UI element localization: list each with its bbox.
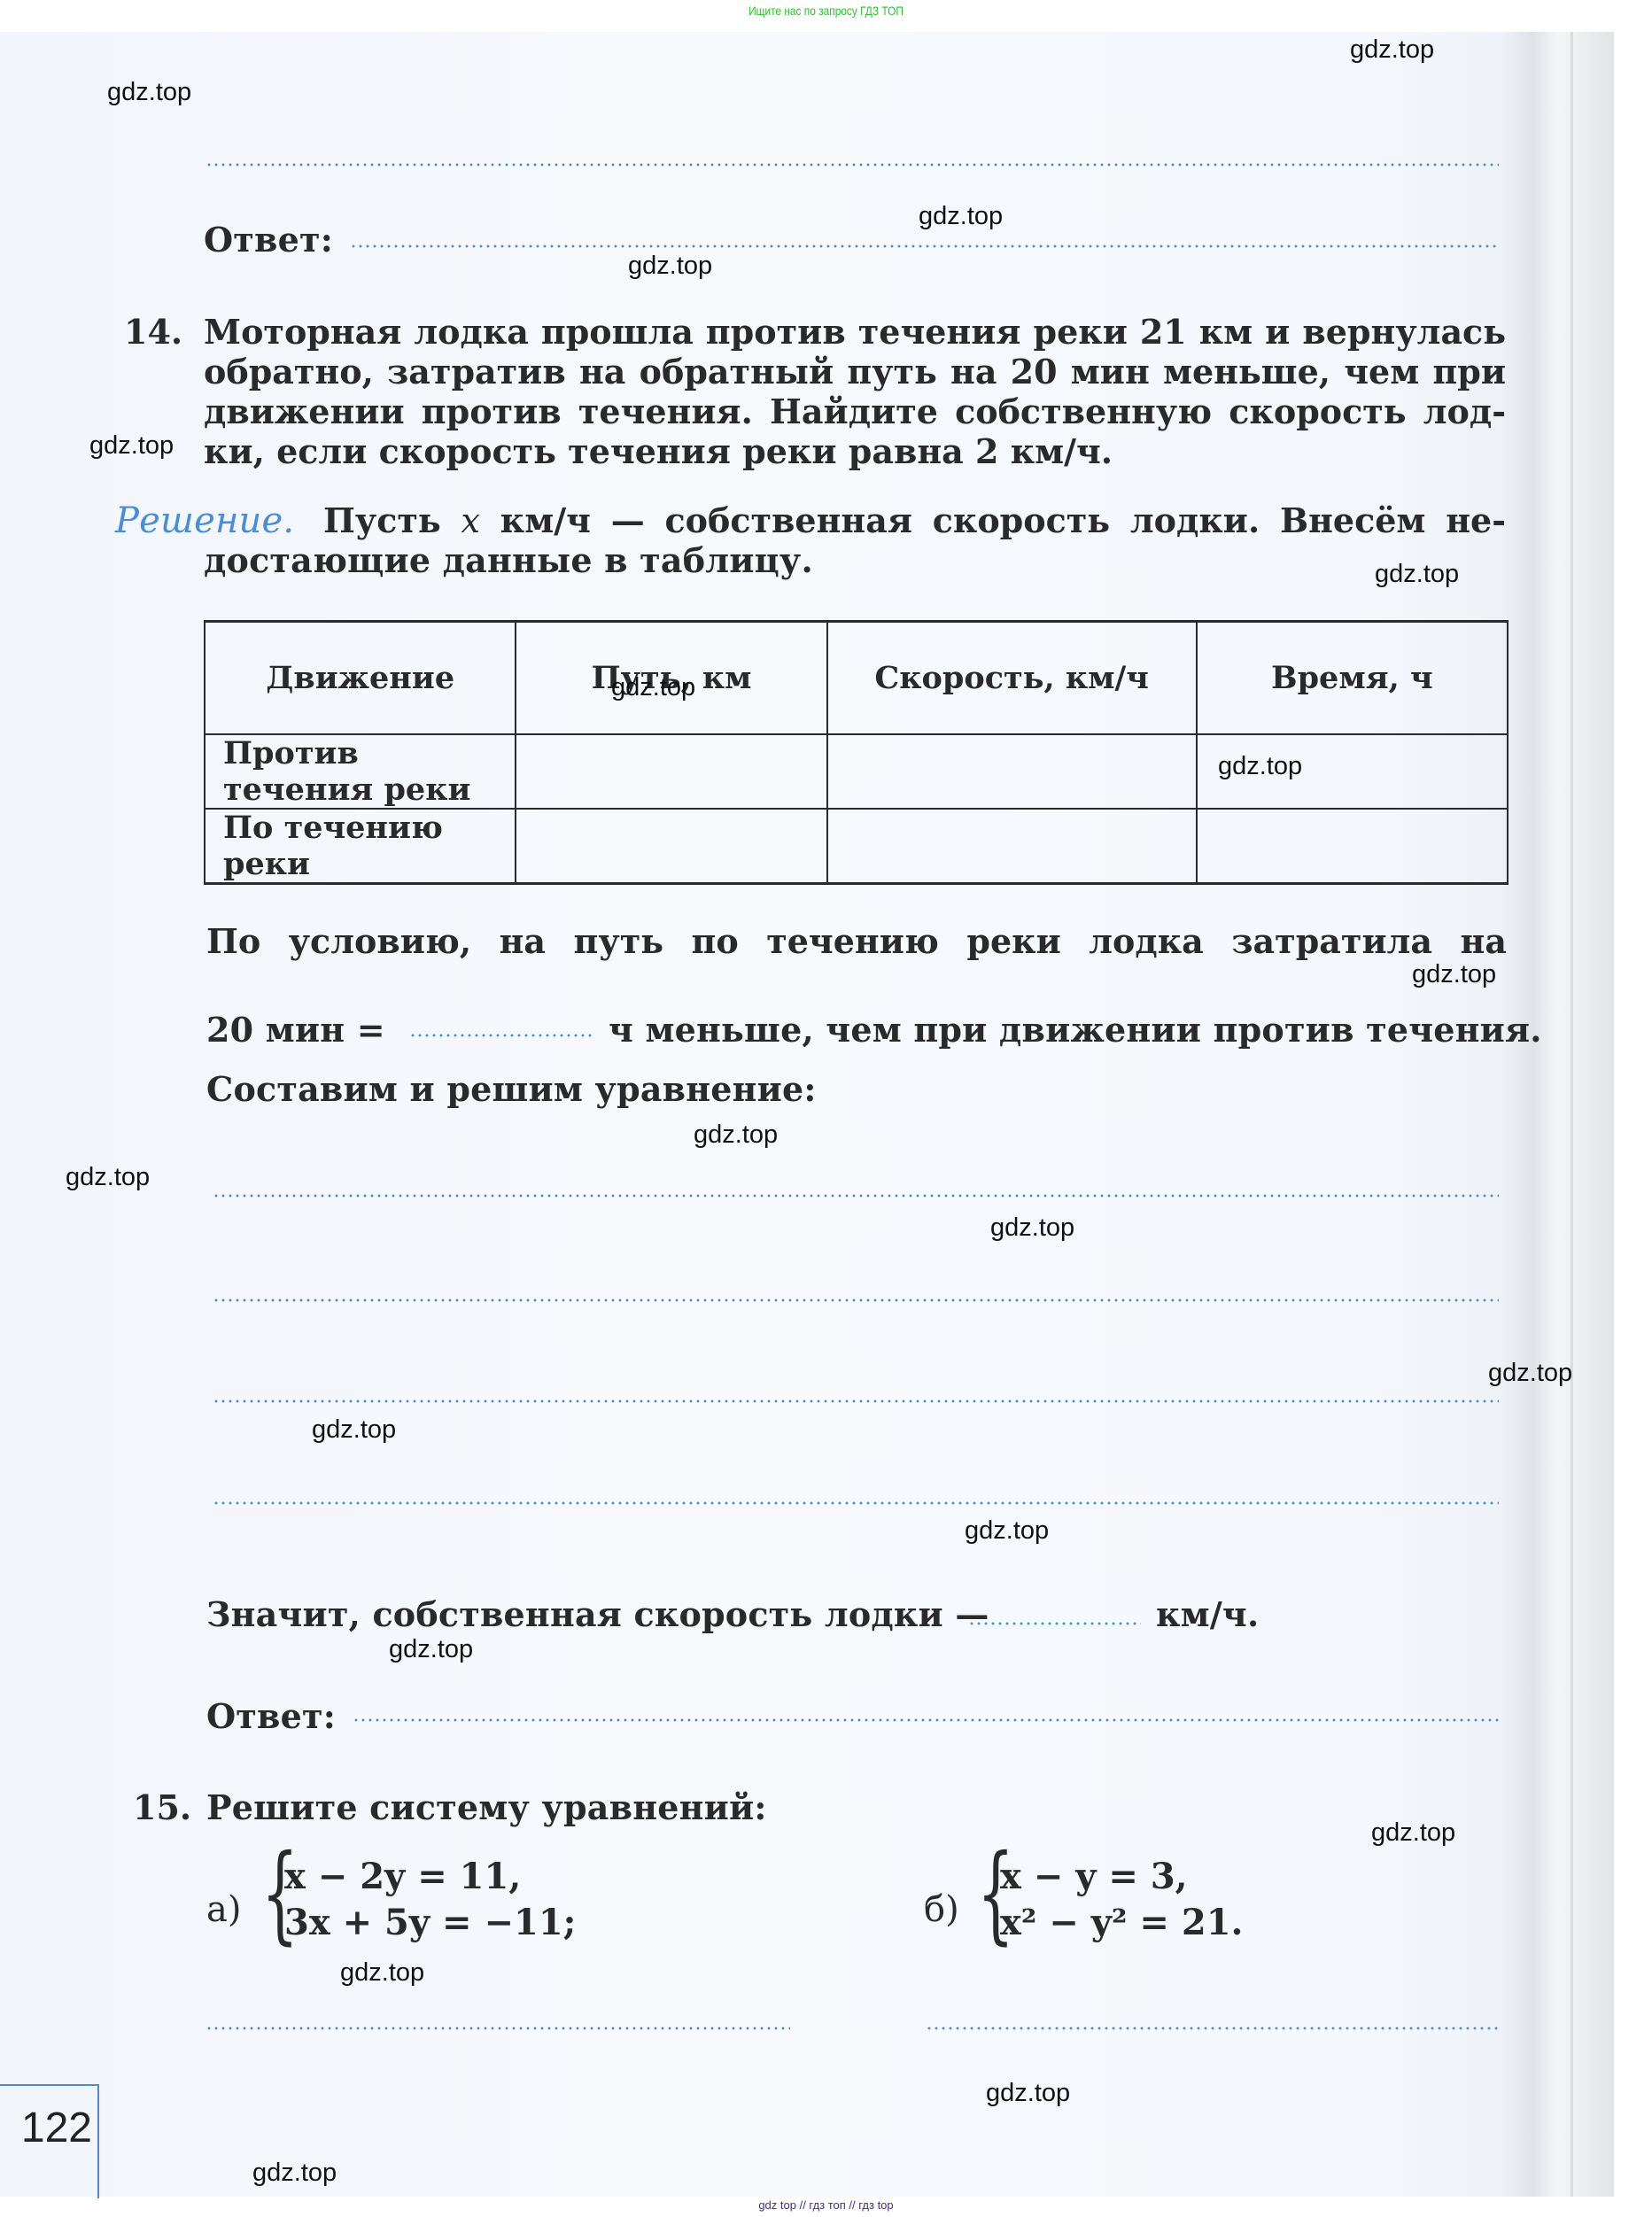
statement-line: ки, если скорость течения реки равна 2 к…: [204, 431, 1506, 471]
data-table: Движение Путь, км Скорость, км/ч Время, …: [204, 620, 1509, 885]
work-line[interactable]: [213, 1399, 1499, 1403]
watermark: gdz.top: [990, 1213, 1074, 1243]
conclusion-unit: км/ч.: [1156, 1594, 1259, 1634]
watermark: gdz.top: [1218, 752, 1302, 781]
watermark: gdz.top: [1375, 560, 1459, 589]
table-header: Время, ч: [1197, 622, 1508, 735]
watermark: gdz.top: [389, 1635, 473, 1664]
watermark: gdz.top: [986, 2079, 1070, 2108]
system-a-work-line[interactable]: [206, 2027, 790, 2030]
hours-answer-line[interactable]: [409, 1034, 595, 1037]
statement-line: обратно, затратив на обратный путь на 20…: [204, 352, 1506, 391]
conclusion-prefix: Значит, собственная скорость лодки —: [206, 1594, 989, 1634]
search-banner: Ищите нас по запросу ГДЗ ТОП: [124, 4, 1528, 18]
watermark: gdz.top: [340, 1958, 424, 1988]
watermark: gdz.top: [1350, 35, 1434, 65]
system-b-label: б): [924, 1889, 959, 1930]
answer-line[interactable]: [353, 1718, 1499, 1722]
solution-label: Решение.: [115, 500, 294, 541]
page-number: 122: [21, 2104, 92, 2152]
task-14-number: 14.: [124, 312, 182, 352]
watermark: gdz.top: [107, 78, 191, 107]
page-gutter: [1571, 32, 1573, 2197]
prev-answer-label: Ответ:: [204, 220, 333, 260]
table-cell-motion: Против течения реки: [205, 734, 516, 809]
work-line[interactable]: [213, 1501, 1499, 1505]
watermark: gdz.top: [611, 673, 695, 702]
table-cell-distance[interactable]: [516, 809, 826, 884]
page-number-box: 122: [0, 2084, 99, 2198]
watermark: gdz.top: [312, 1415, 396, 1445]
table-cell-motion: По течению реки: [205, 809, 516, 884]
watermark: gdz.top: [965, 1516, 1049, 1546]
table-cell-speed[interactable]: [827, 734, 1197, 809]
system-a-label: а): [206, 1889, 241, 1930]
statement-line: Моторная лодка прошла против течения рек…: [204, 312, 1506, 352]
condition-prefix: 20 мин =: [206, 1010, 385, 1050]
watermark: gdz.top: [252, 2159, 337, 2188]
task-15-number: 15.: [133, 1787, 191, 1827]
task-15-title: Решите систему уравнений:: [206, 1787, 767, 1827]
system-b-eq1: x − y = 3,: [1000, 1856, 1188, 1897]
watermark: gdz.top: [1371, 1818, 1455, 1848]
table-header: Скорость, км/ч: [827, 622, 1197, 735]
system-a-eq2: 3x + 5y = −11;: [284, 1902, 576, 1943]
solution-intro: Пусть x км/ч — собственная скорость лодк…: [323, 500, 1506, 541]
system-b-eq2: x² − y² = 21.: [1000, 1902, 1243, 1943]
table-cell-speed[interactable]: [827, 809, 1197, 884]
watermark: gdz.top: [89, 431, 174, 461]
footer-links: gdz top // гдз топ // гдз top: [0, 2198, 1652, 2212]
table-cell-distance[interactable]: [516, 734, 826, 809]
answer-line: [350, 244, 1499, 248]
task-14-answer-label: Ответ:: [206, 1696, 336, 1736]
system-a-eq1: x − 2y = 11,: [284, 1856, 521, 1897]
speed-answer-line[interactable]: [968, 1622, 1141, 1625]
table-header: Движение: [205, 622, 516, 735]
watermark: gdz.top: [1488, 1359, 1572, 1388]
watermark: gdz.top: [66, 1163, 150, 1192]
work-line[interactable]: [213, 1194, 1499, 1198]
work-line[interactable]: [213, 1298, 1499, 1302]
table-cell-time[interactable]: [1197, 809, 1508, 884]
condition-text: По условию, на путь по течению реки лодк…: [206, 921, 1507, 961]
watermark: gdz.top: [694, 1120, 778, 1150]
watermark: gdz.top: [628, 252, 712, 281]
watermark: gdz.top: [1412, 960, 1496, 989]
answer-line: [206, 163, 1499, 167]
equation-prompt: Составим и решим уравнение:: [206, 1069, 817, 1109]
task-14-statement: Моторная лодка прошла против течения рек…: [204, 312, 1506, 471]
condition-suffix: ч меньше, чем при движении против течени…: [609, 1010, 1542, 1050]
statement-line: движении против течения. Найдите собстве…: [204, 391, 1506, 431]
system-b-work-line[interactable]: [926, 2027, 1500, 2030]
solution-line: Пусть x км/ч — собственная скорость лодк…: [323, 500, 1506, 541]
solution-line: достающие данные в таблицу.: [204, 540, 813, 580]
watermark: gdz.top: [919, 202, 1003, 231]
condition-line: По условию, на путь по течению реки лодк…: [206, 921, 1507, 961]
